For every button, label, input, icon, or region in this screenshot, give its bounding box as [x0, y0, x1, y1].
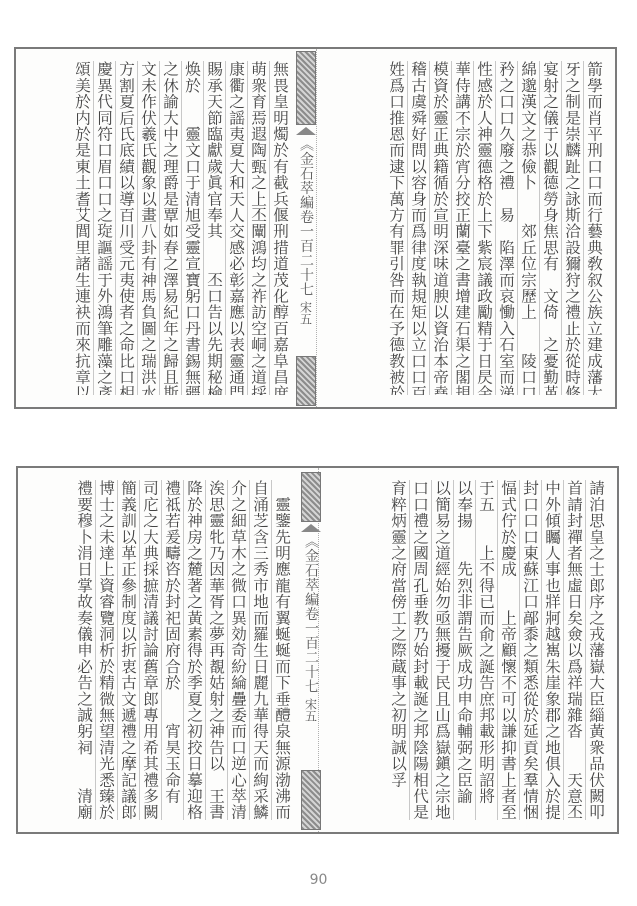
text-column: 牙之制是崇麟趾之詠斯洽設獮狩之禮止於從時修 — [561, 61, 583, 395]
text-column: 模資於靈正典籍循於宣明深味道腴以資治本帝堯 — [429, 61, 451, 395]
text-column: 封口口口東蘇江口鄗黍之類悉從於延貢矣羣情悃 — [519, 480, 541, 820]
bottom-right-text: 請泊思皇之士郎序之戎藩嶽大臣緇黃衆品伏闕叩 首請封禪者無虛日矣僉以爲祥瑞雜沓 天… — [342, 480, 607, 820]
text-column: 頌美於内於是東土耆艾閭里諸生連袂而來抗章以 — [71, 61, 93, 395]
bottom-left-text: 靈鑒先明應龍有翼蜒蜒而下垂醴泉無源渤沸而 自涌芝含三秀市地而羅生日麗九華得天而絢… — [28, 480, 293, 820]
top-page-header: 《金石萃編卷一百二十七 宋五 — [295, 51, 317, 406]
text-column: 焕於 靈文口于清旭受靈宣寶躬口丹書錫無疆 — [181, 61, 203, 395]
text-column: 簡義訓以革正參制度以折衷古文遞禮之摩記議郎 — [117, 480, 139, 820]
fishtail-mark — [301, 524, 321, 532]
bottom-page-header: 《金石萃編卷一百二十七 宋五 — [300, 472, 322, 830]
text-column: 之休諭大中之理爵是覃如春之澤易紀年之歸且斯 — [159, 61, 181, 395]
text-column: 博士之未達上資睿覽洞析於精微無望清光悉臻於 — [95, 480, 117, 820]
volume-title: 《金石萃編卷一百二十七 — [301, 534, 321, 694]
ornament-block — [296, 51, 316, 125]
text-column: 矜之口口久廢之禮 易 陷澤而哀慟入石室而涕洟至 — [495, 61, 517, 395]
fishtail-mark — [296, 127, 316, 135]
text-column: 禮祗若爰疇咨於封祀固府合於 宵昊玉命有 — [161, 480, 183, 820]
page-number: 90 — [0, 872, 637, 888]
dynasty-label: 宋五 — [303, 698, 320, 722]
text-column: 涘思靈牝乃因華胥之夢再覩姑射之神告以 王書 — [205, 480, 227, 820]
text-column: 方割夏后氏底績以導百川受元夷使者之命比口相 — [115, 61, 137, 395]
text-column: 綿邈漢文之恭儉卜 郊丘位宗歷上 陵口口 — [517, 61, 539, 395]
text-column: 華侍講不宗於宵分挍正蘭臺之書增建石渠之閣規 — [451, 61, 473, 395]
text-column: 慶異代同符口眉口口之琁謳謡于外鴻筆雕藻之彥 — [93, 61, 115, 395]
text-column: 靈鑒先明應龍有翼蜒蜒而下垂醴泉無源渤沸而 — [271, 480, 293, 820]
text-column: 性感於人神靈德格於上下紫宸議政勵精于日昃金 — [473, 61, 495, 395]
text-column: 以奉揚 先烈非謂告厥成功申命輔弼之臣諭 — [453, 480, 475, 820]
text-column: 文未作伏羲氏觀象以畫八卦有神馬負圖之瑞洪水 — [137, 61, 159, 395]
text-column: 姓爲口推恩而逮下萬方有罪引咎而在予德教被於 — [385, 61, 407, 395]
text-column: 于五 上不得已而俞之誕告庶邦載形明詔將 — [475, 480, 497, 820]
text-column: 中外傾矚人事也牂牁越嶲朱崖象郡之地俱入於提 — [541, 480, 563, 820]
text-column: 司庀之大典採摭清議討論舊章郎專用希其禮多闕 — [139, 480, 161, 820]
text-column: 康衢之謡夷夏大和天人交感必彰嘉應以表靈通門 — [225, 61, 247, 395]
text-column: 禮要穆卜涓日掌故奏儀申必告之誠躬祠 清廟 — [73, 480, 95, 820]
top-page: 箭學而肖平刑口口而行藝典敎叙公族立建成藩大 牙之制是崇麟趾之詠斯洽設獮狩之禮止於… — [14, 47, 617, 409]
text-column: 賜承天節臨獻歲眞官奉其 丕口告以先期秘檢 — [203, 61, 225, 395]
ornament-block — [301, 472, 321, 522]
text-column: 萌衆育焉遐陶甄之上丕闡鴻均之祚訪空峒之道採 — [247, 61, 269, 395]
text-column: 請泊思皇之士郎序之戎藩嶽大臣緇黃衆品伏闕叩 — [585, 480, 607, 820]
text-column: 箭學而肖平刑口口而行藝典敎叙公族立建成藩大 — [583, 61, 605, 395]
dynasty-label: 宋五 — [298, 301, 315, 325]
text-column: 口口禮之國周孔垂教乃始封載誕之邦陰陽相代是 — [409, 480, 431, 820]
ornament-block — [296, 356, 316, 406]
top-right-text: 箭學而肖平刑口口而行藝典敎叙公族立建成藩大 牙之制是崇麟趾之詠斯洽設獮狩之禮止於… — [335, 61, 605, 395]
text-column: 愊式佇於慶成 上帝顧懷不可以謙抑書上者至 — [497, 480, 519, 820]
bottom-page: 請泊思皇之士郎序之戎藩嶽大臣緇黃衆品伏闕叩 首請封禪者無虛日矣僉以爲祥瑞雜沓 天… — [16, 466, 619, 834]
text-column: 育粹炳靈之府當傍工之際蔵事之初明誠以孚 — [387, 480, 409, 820]
text-column: 稽古虞舜好問以容身而爲律度執規矩以立口口百 — [407, 61, 429, 395]
text-column: 首請封禪者無虛日矣僉以爲祥瑞雜沓 天意丕 — [563, 480, 585, 820]
text-column: 介之細草木之微口異効奇紛綸疊委而口逆心萃清 — [227, 480, 249, 820]
volume-title: 《金石萃編卷一百二十七 — [296, 137, 316, 297]
text-column: 無畏皇明燭於有截兵偃刑措道茂化醇百嘉阜昌庶 — [269, 61, 291, 395]
text-column: 降於神房之麓著之黃素得於季夏之初挍日摹迎格 — [183, 480, 205, 820]
ornament-block — [301, 770, 321, 830]
text-column: 宴射之儀于以觀德勞身焦思有 文倚 之憂勤革履弋 — [539, 61, 561, 395]
top-left-text: 無畏皇明燭於有截兵偃刑措道茂化醇百嘉阜昌庶 萌衆育焉遐陶甄之上丕闡鴻均之祚訪空峒… — [26, 61, 291, 395]
text-column: 自涌芝含三秀市地而羅生日麗九華得天而絢采鱗 — [249, 480, 271, 820]
text-column: 以簡易之道經始勿亟無擾于民且山爲嶽鎭之宗地 — [431, 480, 453, 820]
